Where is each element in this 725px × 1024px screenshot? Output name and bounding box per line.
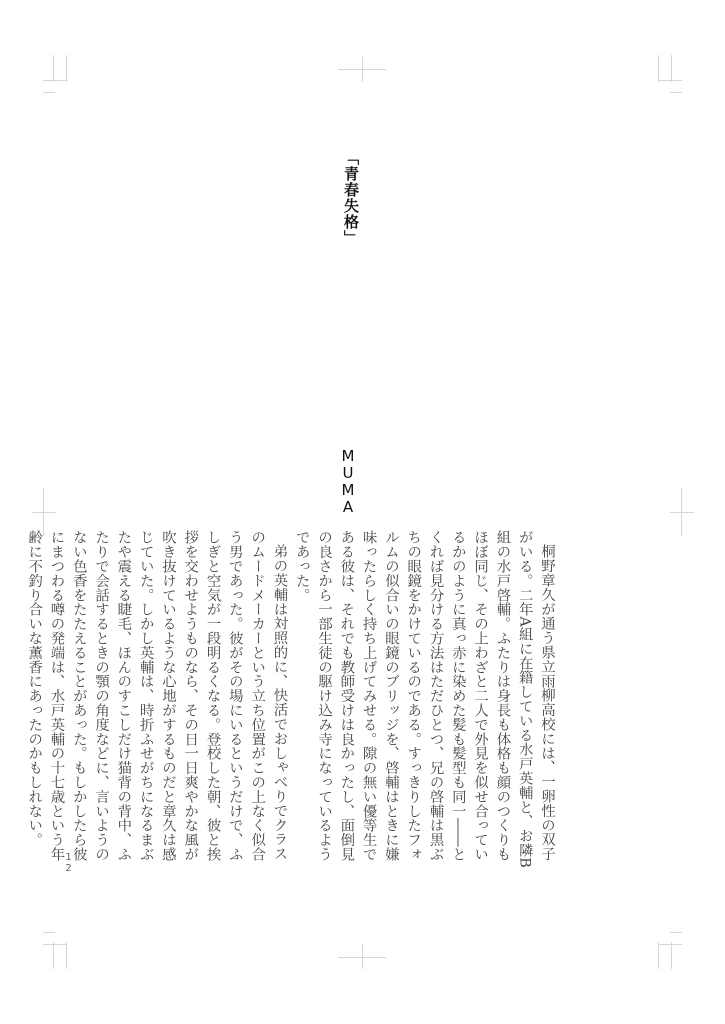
crop-mark — [658, 80, 682, 81]
crop-mark — [43, 932, 55, 933]
crop-mark — [43, 944, 67, 945]
crop-mark — [670, 92, 682, 93]
crop-mark — [670, 932, 682, 933]
registration-mark-right — [681, 488, 682, 536]
author-name: MUMA — [339, 447, 357, 515]
crop-mark — [43, 80, 67, 81]
registration-mark-right — [670, 512, 694, 513]
registration-mark-left — [32, 512, 56, 513]
paragraph: 桐野章久が通う県立雨柳高校には、一卵性の双子がいる。二年A組に在籍している水戸英… — [290, 530, 558, 874]
book-page: 「青春失格」 MUMA 桐野章久が通う県立雨柳高校には、一卵性の双子がいる。二年… — [0, 0, 725, 1024]
registration-mark-top — [362, 57, 363, 82]
crop-mark — [658, 944, 682, 945]
paragraph: 弟の英輔は対照的に、快活でおしゃべりでクラスのムードメーカーという立ち位置がこの… — [23, 530, 291, 874]
story-body: 桐野章久が通う県立雨柳高校には、一卵性の双子がいる。二年A組に在籍している水戸英… — [172, 530, 558, 874]
crop-mark — [658, 55, 659, 82]
crop-mark — [658, 942, 659, 969]
crop-mark — [43, 92, 55, 93]
story-title: 「青春失格」 — [342, 150, 360, 246]
registration-mark-left — [43, 488, 44, 536]
crop-mark — [66, 55, 67, 82]
registration-mark-bottom — [362, 944, 363, 969]
crop-mark — [671, 942, 672, 969]
crop-mark — [671, 55, 672, 82]
page-number: 12 — [62, 852, 74, 874]
crop-mark — [66, 942, 67, 969]
crop-mark — [53, 942, 54, 969]
crop-mark — [53, 55, 54, 82]
